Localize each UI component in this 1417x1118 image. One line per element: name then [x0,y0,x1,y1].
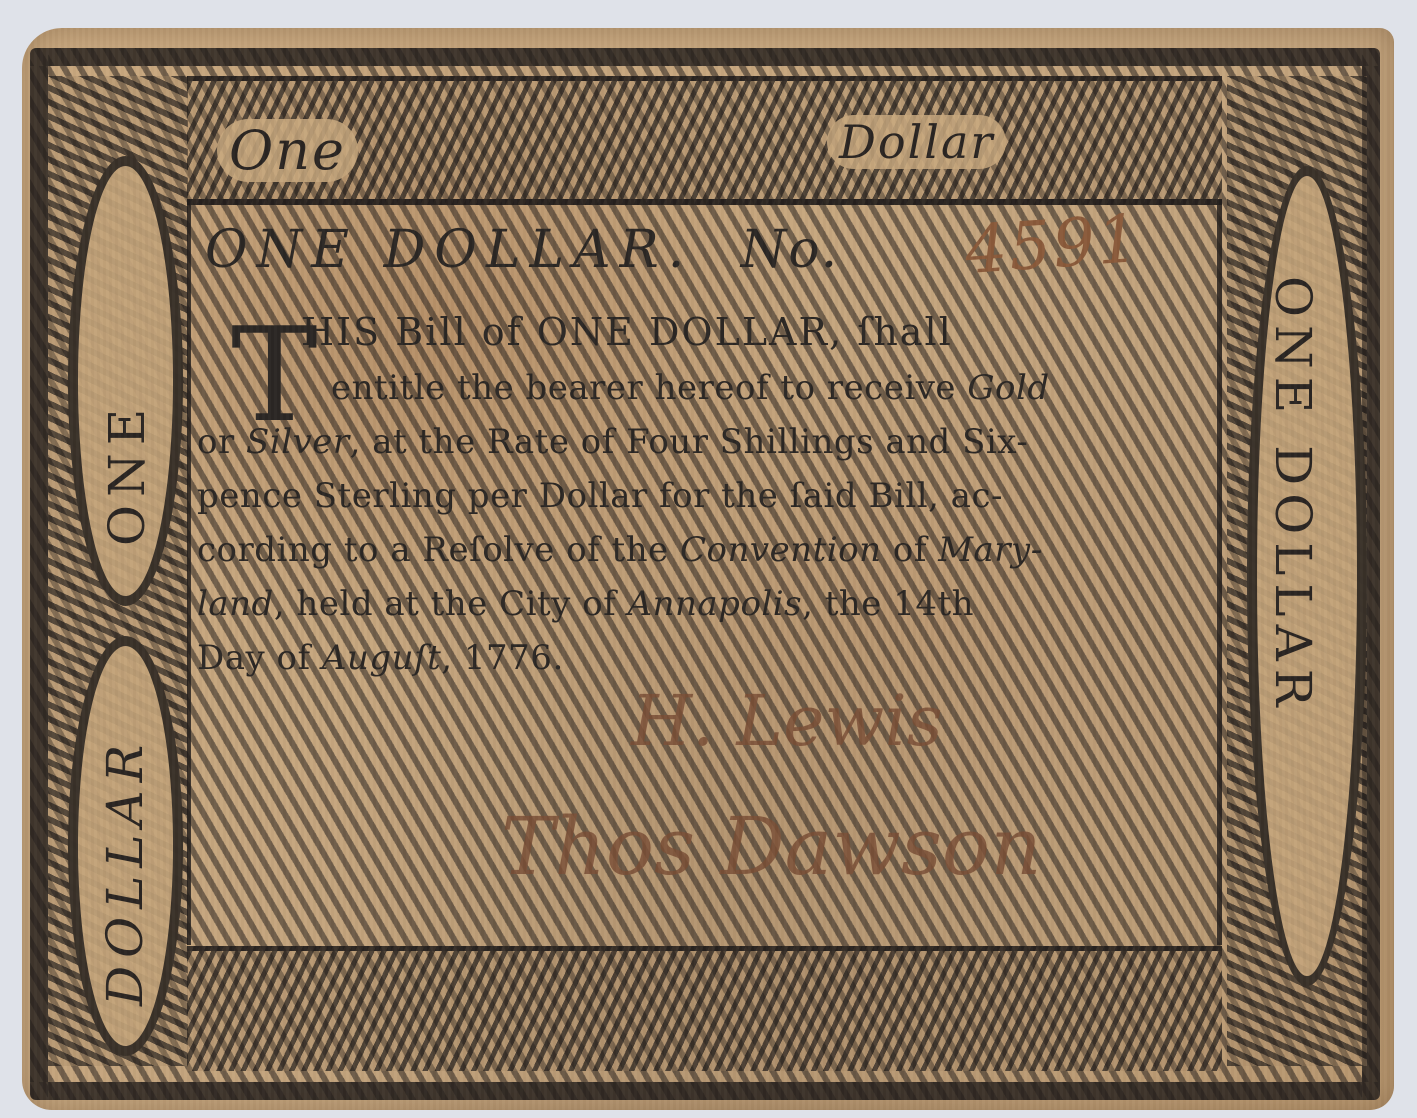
signature-2: Thos Dawson [501,800,1042,893]
body-line-5: cording to a Reſolve of the Convention o… [197,530,1043,570]
body-text: Day of [197,638,322,678]
right-side-ornament: ONE DOLLAR [1227,76,1367,1066]
body-text: or [197,422,246,462]
serial-number: 4591 [963,200,1144,289]
banknote: ONE DOLLAR ONE DOLLAR One Dollar ONE DOL… [22,28,1394,1110]
denomination-heading: ONE DOLLAR. No. [205,220,839,280]
body-line-4: pence Sterling per Dollar for the ſaid B… [197,476,1003,516]
body-line-7: Day of Auguſt, 1776. [197,638,564,678]
body-text: entitle the bearer hereof to receive [331,368,967,408]
body-line-1: HIS Bill of ONE DOLLAR, ſhall [301,310,953,354]
body-italic: Auguſt [322,638,441,678]
right-side-text: ONE DOLLAR [1264,276,1322,714]
body-line-3: or Silver, at the Rate of Four Shillings… [197,422,1028,462]
left-side-text-top: ONE [98,401,156,546]
number-label: No. [741,220,839,280]
bottom-ornamental-band [187,946,1222,1071]
body-text: HIS Bill of ONE DOLLAR, ſhall [301,310,953,354]
top-band-left-word: One [217,119,358,182]
body-line-2: entitle the bearer hereof to receive Gol… [331,368,1050,408]
body-text: , at the Rate of Four Shillings and Six- [350,422,1029,462]
top-ornamental-band: One Dollar [187,76,1222,205]
body-text: , the 14th [802,584,974,624]
body-italic: land [197,584,274,624]
body-italic: Convention [680,530,882,570]
body-text: cording to a Reſolve of the [197,530,680,570]
body-text: , held at the City of [274,584,628,624]
text-panel: ONE DOLLAR. No. 4591 T HIS Bill of ONE D… [187,200,1222,945]
body-italic: Gold [967,368,1049,408]
body-line-6: land, held at the City of Annapolis, the… [197,584,974,624]
signature-1: H. Lewis [631,680,943,762]
top-band-right-word: Dollar [827,115,1006,169]
body-text: pence Sterling per Dollar for the ſaid B… [197,476,1003,516]
body-text: of [882,530,939,570]
body-text: , 1776. [441,638,563,678]
body-italic: Mary- [938,530,1043,570]
heading-text: ONE DOLLAR. [205,220,693,280]
left-side-text-bottom: DOLLAR [96,737,154,1006]
body-italic: Silver [246,422,350,462]
left-side-ornament: ONE DOLLAR [48,76,188,1066]
body-italic: Annapolis [628,584,803,624]
